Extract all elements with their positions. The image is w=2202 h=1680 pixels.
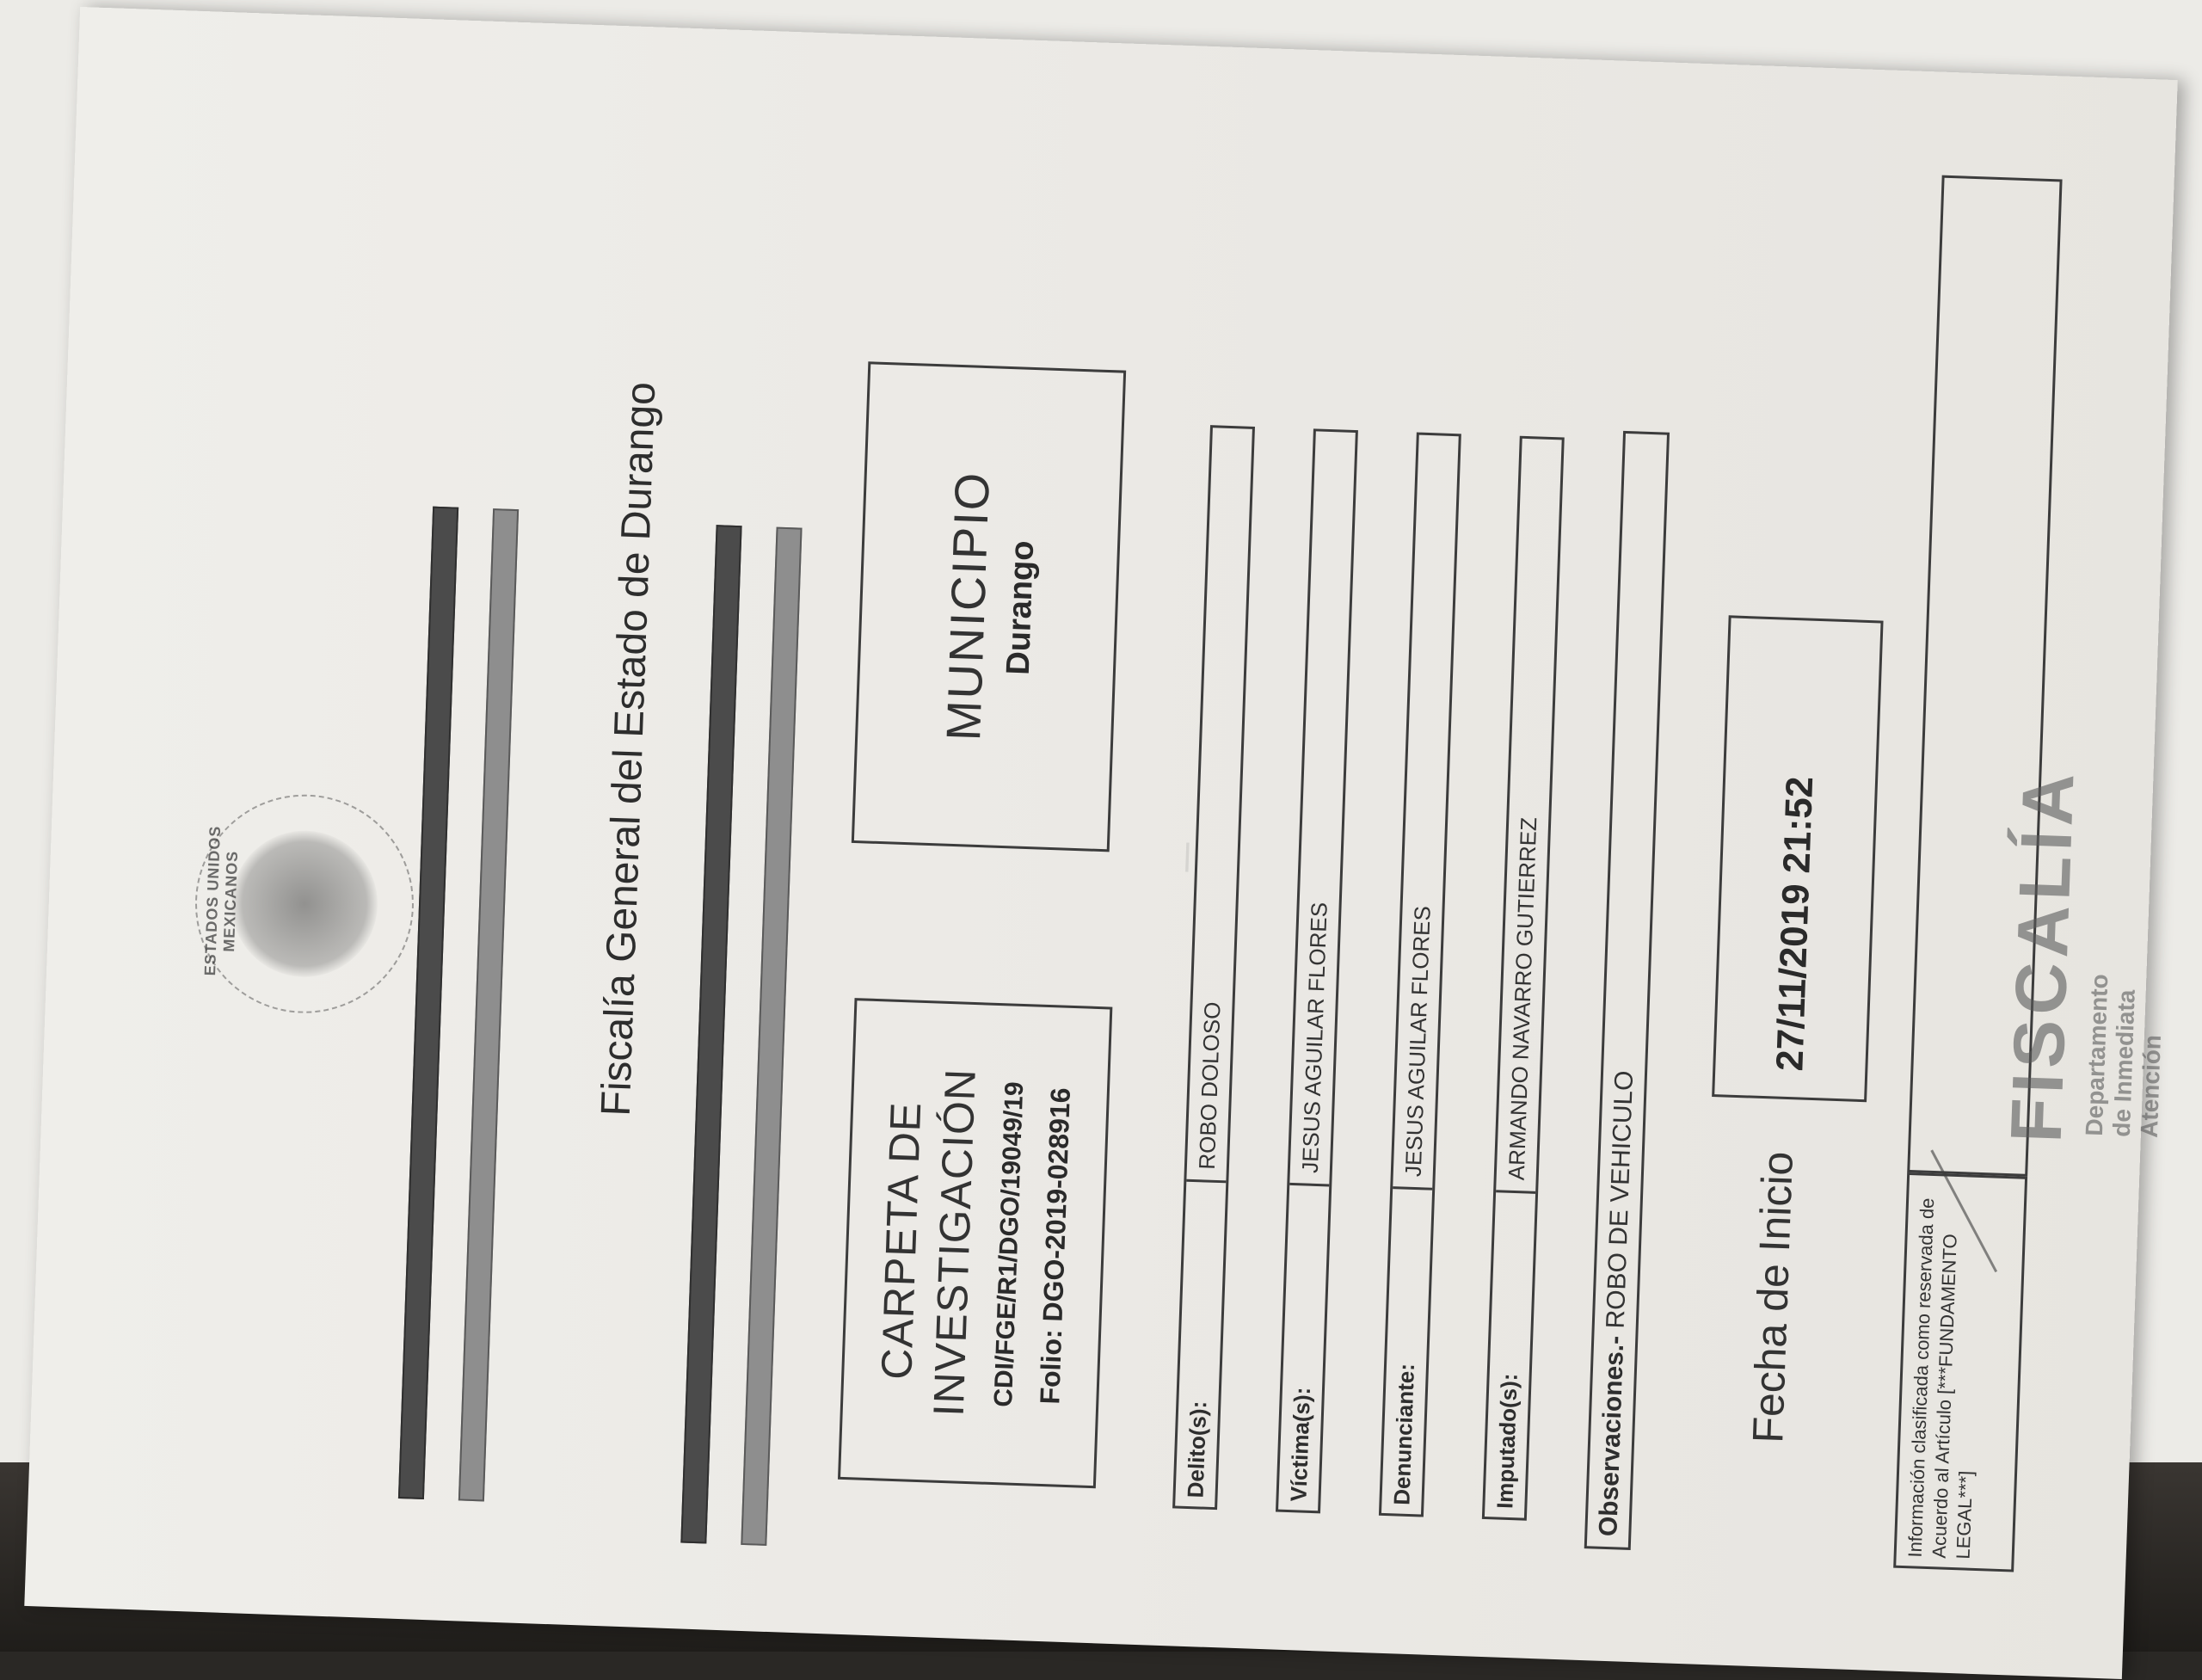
carpeta-folio: Folio: DGO-2019-028916 [1031, 1007, 1079, 1485]
fecha-inicio-box: 27/11/2019 21:52 [1712, 615, 1883, 1102]
header-band-light [458, 508, 519, 1501]
header-band-dark [398, 507, 458, 1499]
municipio-value: Durango [994, 369, 1048, 846]
fecha-inicio-label: Fecha de Inicio [1743, 1151, 1803, 1444]
field-row-imputado: Imputado(s): ARMANDO NAVARRO GUTIERREZ [1482, 436, 1565, 1521]
field-value: ROBO DOLOSO [1186, 428, 1252, 1180]
field-value: JESUS AGUILAR FLORES [1289, 431, 1355, 1184]
photo-background: — ESTADOS UNIDOS MEXICANOS Fiscalía Gene… [0, 0, 2202, 1652]
field-label: Imputado(s): [1485, 1190, 1535, 1517]
field-row-victima: Víctima(s): JESUS AGUILAR FLORES [1276, 428, 1358, 1513]
stamp-department-line: Atención [2136, 975, 2169, 1138]
observaciones-label: Observaciones.- [1594, 1335, 1629, 1536]
stamp-department: Departamento de Inmediata Atención [2081, 974, 2169, 1139]
field-label: Delito(s): [1175, 1179, 1226, 1507]
classified-notice-text: Información clasificada como reservada d… [1904, 1197, 1977, 1560]
agency-title: Fiscalía General del Estado de Durango [587, 232, 671, 1265]
municipio-title: MUNICIPIO [932, 366, 1004, 845]
observaciones-row: Observaciones.- ROBO DE VEHICULO [1584, 431, 1670, 1550]
carpeta-code: CDI/FGE/R1/DGO/19049/19 [987, 1006, 1032, 1483]
field-label: Denunciante: [1381, 1186, 1432, 1514]
fecha-inicio-value: 27/11/2019 21:52 [1768, 776, 1821, 1072]
carpeta-box: CARPETA DE INVESTIGACIÓN CDI/FGE/R1/DGO/… [838, 998, 1112, 1488]
field-value: JESUS AGUILAR FLORES [1393, 435, 1458, 1188]
divider-band-light [741, 527, 802, 1546]
field-label: Víctima(s): [1278, 1183, 1329, 1511]
stamp-logo: FISCALÍA [1995, 766, 2091, 1143]
field-value: ARMANDO NAVARRO GUTIERREZ [1496, 439, 1561, 1191]
field-row-denunciante: Denunciante: JESUS AGUILAR FLORES [1379, 433, 1461, 1517]
observaciones-value: ROBO DE VEHICULO [1602, 1070, 1639, 1329]
municipio-box: MUNICIPIO Durango [852, 361, 1126, 852]
field-row-delito: Delito(s): ROBO DOLOSO [1172, 425, 1255, 1510]
fiscalia-stamp: FISCALÍA Departamento de Inmediata Atenc… [1995, 694, 2182, 1148]
document-page: — ESTADOS UNIDOS MEXICANOS Fiscalía Gene… [24, 7, 2177, 1652]
coat-of-arms-mexico-icon: ESTADOS UNIDOS MEXICANOS [192, 791, 418, 1017]
divider-band-dark [680, 525, 741, 1543]
seal-text: ESTADOS UNIDOS MEXICANOS [200, 793, 244, 1009]
